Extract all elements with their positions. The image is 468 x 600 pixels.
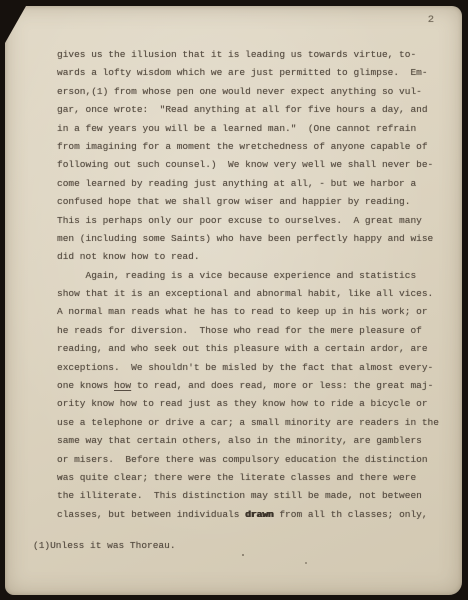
ink-speck (60, 476, 62, 479)
text-line: show that it is an exceptional and abnor… (57, 285, 452, 303)
text-line: one knows how to read, and does read, mo… (57, 377, 452, 395)
text-line: exceptions. We shouldn't be misled by th… (57, 359, 452, 377)
text-line: use a telephone or drive a car; a small … (57, 414, 452, 432)
ink-speck (205, 92, 207, 94)
text-line: erson,(1) from whose pen one would never… (57, 83, 452, 101)
text-line: confused hope that we shall grow wiser a… (57, 193, 452, 211)
scan-background: 2 gives us the illusion that it is leadi… (0, 0, 468, 600)
text-line: in a few years you will be a learned man… (57, 120, 452, 138)
text-line: did not know how to read. (57, 248, 452, 266)
text-line: wards a lofty wisdom which we are just p… (57, 64, 452, 82)
footnote: (1)Unless it was Thoreau. (33, 540, 176, 551)
text-line: same way that certain others, also in th… (57, 432, 452, 450)
text-line: or misers. Before there was compulsory e… (57, 451, 452, 469)
text-line: he reads for diversion. Those who read f… (57, 322, 452, 340)
text-line: from imagining for a moment the wretched… (57, 138, 452, 156)
text-line: Again, reading is a vice because experie… (57, 267, 452, 285)
text-line: gives us the illusion that it is leading… (57, 46, 452, 64)
typewritten-lines: gives us the illusion that it is leading… (57, 46, 452, 524)
torn-corner (5, 6, 26, 43)
document-page: 2 gives us the illusion that it is leadi… (5, 6, 462, 595)
text-line: come learned by reading just anything at… (57, 175, 452, 193)
ink-speck (305, 562, 307, 564)
text-line: This is perhaps only our poor excuse to … (57, 212, 452, 230)
text-line: A normal man reads what he has to read t… (57, 303, 452, 321)
text-line: was quite clear; there were the literate… (57, 469, 452, 487)
text-line: ority know how to read just as they know… (57, 395, 452, 413)
text-line: the illiterate. This distinction may sti… (57, 487, 452, 505)
text-line: gar, once wrote: "Read anything at all f… (57, 101, 452, 119)
text-line: men (including some Saints) who have bee… (57, 230, 452, 248)
page-number: 2 (428, 14, 434, 26)
ink-speck (242, 554, 244, 556)
text-line: following out such counsel.) We know ver… (57, 156, 452, 174)
text-line: reading, and who seek out this pleasure … (57, 340, 452, 358)
text-line: classes, but between individuals drawn f… (57, 506, 452, 524)
